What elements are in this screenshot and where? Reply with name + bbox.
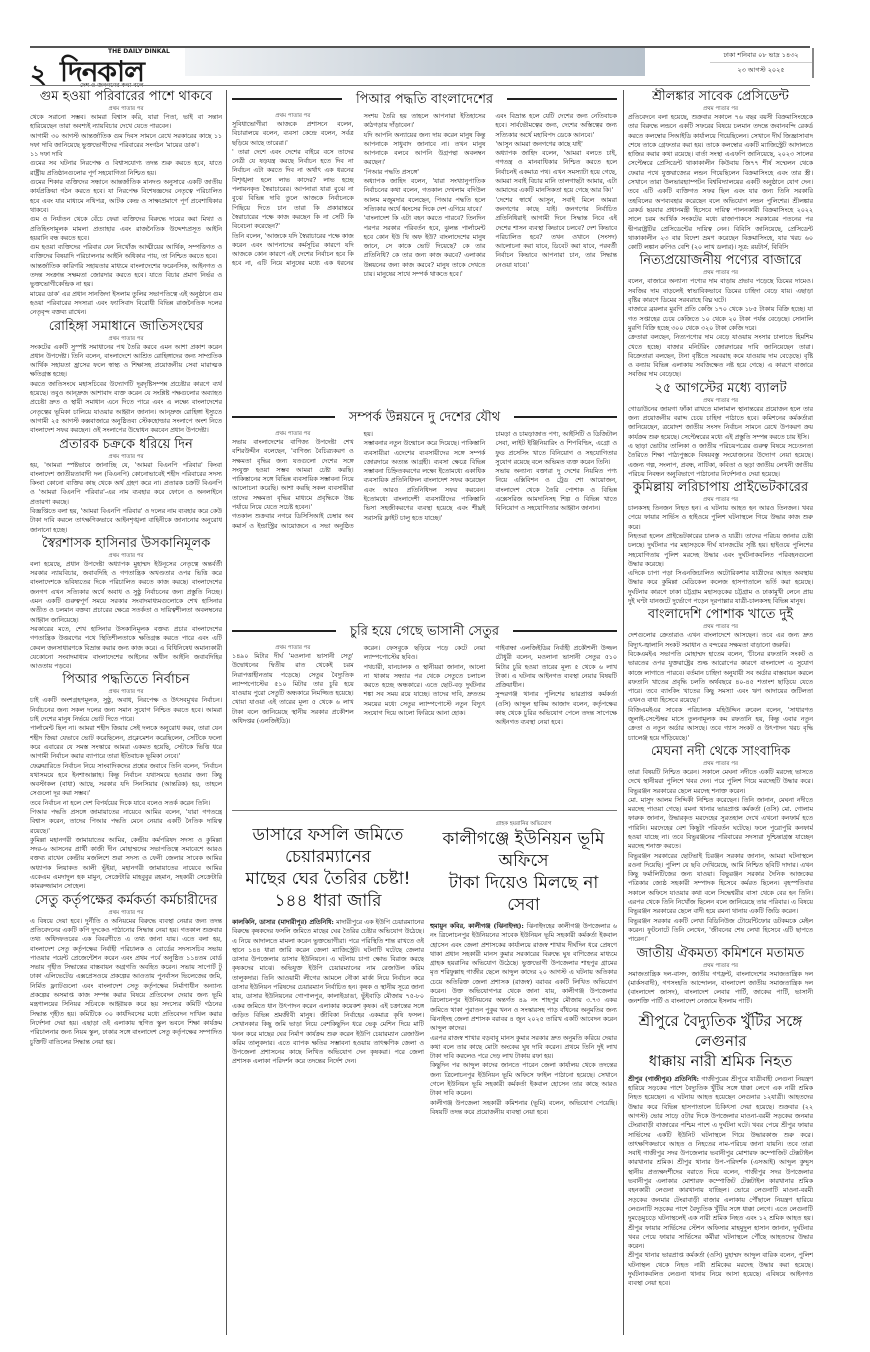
headline: বাংলাদেশি পোশাক খাতে দুই bbox=[628, 606, 813, 623]
article-dasar: ডাসারে ফসলি জমিতে চেয়ারম্যানের মাছের ঘে… bbox=[232, 820, 424, 1340]
continuation-label: প্রথম পাতার পর bbox=[30, 105, 222, 113]
paragraph: চাই একটি অংশগ্রহণমূলক, সুষ্ঠু, অবাধ, নির… bbox=[30, 696, 222, 724]
continuation-label: প্রথম পাতার পর bbox=[30, 335, 222, 343]
masthead: ২ দিনকাল THE DAILY DINKAL দেশ ও জনগণের ক… bbox=[30, 46, 810, 86]
headline: কুমিল্লায় লরিচাপায় প্রাইভেটকারের bbox=[628, 479, 813, 496]
continuation-label: প্রথম পাতার পর bbox=[628, 269, 813, 277]
paragraph: প্রতিবেদনে বলা হয়েছে, শুক্রবার সকালে ৭৬… bbox=[628, 113, 813, 252]
continuation-label: প্রথম পাতার পর bbox=[628, 397, 813, 405]
article-nitto: নিত্যপ্রয়োজনীয় পণ্যের বাজারে প্রথম পাত… bbox=[628, 252, 813, 379]
headline: ২৫ আগস্টের মধ্যে ব্যালট bbox=[628, 380, 813, 397]
dateline: ঢাকা শনিবার ০৮ ভাদ্র ১৪৩২ ২৩ আগস্ট ২০২৫ bbox=[710, 48, 814, 78]
headline: মেঘনা নদী থেকে সাংবাদিক bbox=[628, 743, 813, 760]
paragraph: সুবিধাভোগীরা আজকে প্রশাসনে বলেন, বিচারাল… bbox=[232, 120, 354, 148]
paragraph: থেকে সরানো সম্ভব। আমরা বিশ্বাস করি, যারা… bbox=[30, 113, 222, 132]
paragraph: চালকসহ তিনজন নিহত হন। এ ঘটনায় আহত হন আর… bbox=[628, 504, 813, 532]
byline: শ্রীপুর (গাজীপুর) প্রতিনিধি: bbox=[628, 1076, 699, 1083]
article-pr-mid: প্রথম পাতার পর সুবিধাভোগীরা আজকে প্রশাসন… bbox=[232, 112, 617, 402]
paragraph: আন্তর্জাতিক কারিগরি সহায়তার মাধ্যমে বাং… bbox=[30, 262, 222, 290]
paragraph: মাদারীপুরে এক ইউপি চেয়ারম্যানের বিরুদ্ধ… bbox=[232, 919, 424, 1065]
paragraph: এ ছাড়া ভোটার তালিকা ও জাতীয় পরিচয়পত্র… bbox=[628, 442, 813, 479]
headline-rule bbox=[232, 98, 342, 100]
paragraph: 'আসুন আমরা জনগণের কাছে যাই' bbox=[495, 140, 617, 149]
headline: টাকা দিয়েও মিলছে না সেবা bbox=[430, 872, 617, 916]
paragraph: দেশগুলোর ক্রেতারাও এখন বাংলাদেশে আসছেন। … bbox=[628, 631, 813, 650]
article-kaliganj: গ্রাহক হয়রানির অভিযোগ কালীগঞ্জে ইউনিয়ন… bbox=[430, 820, 617, 1340]
paragraph: 'দেশের স্বার্থে আসুন, সবাই মিলে আমরা জনগ… bbox=[495, 196, 617, 270]
newspaper-logo-english: THE DAILY DINKAL bbox=[108, 48, 170, 55]
headline-band-somporko: সম্পর্ক উন্নয়নে দু দেশের যৌথ bbox=[232, 406, 617, 428]
paragraph: কুমিল্লা মহানগরী জামায়াতের আমির, কেন্দ্… bbox=[30, 836, 222, 892]
headline: স্বৈরশাসক হাসিনার উসকানিমূলক bbox=[30, 535, 222, 552]
paragraph: বলা হয়েছে, প্রধান উপদেষ্টা অধ্যাপক মুহা… bbox=[30, 560, 222, 625]
article-comilla: কুমিল্লায় লরিচাপায় প্রাইভেটকারের প্রথম… bbox=[628, 479, 813, 606]
article-bhasani: প্রথম পাতার পর ১৪৯০ মিটার দীর্ঘ 'মওলানা … bbox=[232, 644, 617, 804]
headline: শ্রীলঙ্কার সাবেক প্রেসিডেন্ট bbox=[628, 88, 813, 105]
paragraph: সভায় অন্যান্য বক্তারা দু দেশের নিয়মিত … bbox=[495, 467, 617, 513]
article-rohingya: রোহিঙ্গা সমাধানে জাতিসংঘের প্রথম পাতার প… bbox=[30, 318, 222, 436]
date-bangla: ঢাকা শনিবার ০৮ ভাদ্র ১৪৩২ bbox=[710, 48, 812, 63]
paragraph: কিছুদিন পর আব্দুল কাদের জানতে পারেন জেলা… bbox=[430, 1061, 617, 1098]
headline-rule bbox=[513, 630, 617, 632]
paragraph: করেন। ফেসবুকে ছড়িয়ে পড়ে কেটে নেয়া ল্… bbox=[364, 644, 486, 663]
paragraph: ঝিনাইদহের কালীগঞ্জ উপজেলার ৬ নং ত্রিলোচন… bbox=[430, 923, 617, 1032]
headline: জাতীয় ঐকমত্য কমিশনে মতামত bbox=[628, 945, 813, 962]
headline-band-bhasani: চুরি হয়ে গেছে ভাসানী সেতুর bbox=[232, 620, 617, 642]
paragraph: গুম হওয়া ব্যক্তিদের পরিবার যেন নিখোঁজ আ… bbox=[30, 243, 222, 262]
article-protarok: প্রতারক চক্রকে ধরিয়ে দিন প্রথম পাতার পর… bbox=[30, 436, 222, 535]
paragraph: বিজিএমইএর সাবেক পরিচালক মহিউদ্দিন রুবেল … bbox=[628, 706, 813, 743]
paragraph: সুন্দরগঞ্জ থানার পুলিশের ভারপ্রাপ্ত কর্ম… bbox=[495, 690, 617, 727]
paragraph: সম্ভাবনার নতুন উন্মোচন করে দিয়েছে। পাকি… bbox=[364, 439, 486, 523]
headline: প্রতারক চক্রকে ধরিয়ে দিন bbox=[30, 436, 222, 453]
paragraph: মো. মাসুদ আলম সিদ্দিকী নিশ্চিত করেছেন। ত… bbox=[628, 796, 813, 852]
paragraph: তবে নির্বাচন না হলে দেশ বিপর্যয়ের দিকে … bbox=[30, 799, 222, 808]
continuation-label: প্রথম পাতার পর bbox=[628, 105, 813, 113]
headline: শ্রীপুরে বৈদ্যুতিক খুঁটির সঙ্গে লেগুনার bbox=[628, 1011, 813, 1051]
paragraph: ১১ দফা দাবি bbox=[30, 150, 222, 159]
paragraph: অধ্যাপক জাহিদ বলেন, 'যারা সংখ্যানুপাতিক … bbox=[364, 177, 486, 214]
headline-band-pr: পিআর পদ্ধতি বাংলাদেশের bbox=[232, 88, 617, 110]
continuation-label: প্রথম পাতার পর bbox=[232, 644, 354, 652]
paragraph: বিভুরঞ্জন সরকারের ছোটভাই চিরঞ্জন সরকার জ… bbox=[628, 852, 813, 917]
column-divider bbox=[623, 90, 624, 1335]
headline: চুরি হয়ে গেছে ভাসানী সেতুর bbox=[350, 623, 499, 640]
paragraph: নিহতরা হলেন প্রাইভেটকারের চালক ও যাত্রী।… bbox=[628, 532, 813, 569]
headline: গুম হওয়া পরিবারের পাশে থাকবে bbox=[30, 88, 222, 105]
paragraph: পথচারী, যানচালক ও স্থানীয়রা জানান, আলো … bbox=[364, 663, 486, 719]
paragraph: বাজারে ব্রয়লার মুরগি প্রতি কেজি ১৭০ থেক… bbox=[628, 305, 813, 333]
headline: ১৪৪ ধারা জারি bbox=[232, 890, 424, 912]
headline: সেতু কর্তৃপক্ষের কর্মকর্তা কর্মচারীদের bbox=[30, 892, 222, 909]
masthead-banner bbox=[185, 48, 645, 76]
paragraph: এদিকে চাপা পড়া সিএনজিচালিত অটোরিকশার যা… bbox=[628, 569, 813, 606]
paragraph: এ বিষয়ে দেয়া হবে। দুর্নীতি ও অনিয়মের … bbox=[30, 917, 222, 1047]
article-srilanka: শ্রীলঙ্কার সাবেক প্রেসিডেন্ট প্রথম পাতার… bbox=[628, 88, 813, 252]
continuation-label: প্রথম পাতার পর bbox=[30, 453, 222, 461]
continuation-label: প্রথম পাতার পর bbox=[30, 688, 222, 696]
paragraph: শ্রীপুর থানার ভারপ্রাপ্ত কর্মকর্তা (ওসি)… bbox=[628, 1251, 813, 1288]
paragraph: অধ্যাপক জাহিদ বলেন, 'আমরা বলতে চাই, গণতন… bbox=[495, 149, 617, 195]
paragraph: সমাজতান্ত্রিক দল-বাসদ, জাতীয় গণফ্রন্ট, … bbox=[628, 970, 813, 1007]
paragraph: গুমের শিকার ব্যক্তিদের সন্ধানে আন্তর্জাত… bbox=[30, 178, 222, 215]
headline-rule bbox=[232, 416, 335, 418]
left-column: গুম হওয়া পরিবারের পাশে থাকবে প্রথম পাতা… bbox=[30, 88, 222, 1338]
paragraph: যদি আপনি অন্যায়ের জন্য দায় করেন মানুষ … bbox=[364, 131, 486, 168]
paragraph: সভায় বাংলাদেশের বাণিজ্য উপদেষ্টা শেখ বশ… bbox=[232, 438, 354, 512]
paragraph: করতে জাতিসংঘে মহাসচিবের উদ্যোগটি দূরদৃষ্… bbox=[30, 380, 222, 436]
right-column: শ্রীলঙ্কার সাবেক প্রেসিডেন্ট প্রথম পাতার… bbox=[628, 88, 813, 1338]
article-ballot: ২৫ আগস্টের মধ্যে ব্যালট প্রথম পাতার পর গ… bbox=[628, 380, 813, 479]
paragraph: গাজীপুরের শ্রীপুরে যাত্রীবাহী লেগুনা নিয… bbox=[628, 1076, 813, 1250]
section-divider bbox=[232, 810, 617, 811]
paragraph: ক্রেতারা বলছেন, নিত্যপণ্যের দাম বেড়ে যা… bbox=[628, 333, 813, 379]
paragraph: 'বাংলাদেশ কি এটা বহন করতে পারবে? তিনদিন … bbox=[364, 214, 486, 279]
paragraph: বিভুরঞ্জন সরকার একটি লেখা বিডিনিউজ টোয়ে… bbox=[628, 917, 813, 945]
article-pr-left: পিআর পদ্ধতিতে নির্বাচন প্রথম পাতার পর চা… bbox=[30, 671, 222, 891]
continuation-label: প্রথম পাতার পর bbox=[628, 496, 813, 504]
date-english: ২৩ আগস্ট ২০২৫ bbox=[710, 63, 812, 77]
paragraph: তারা বিষয়টি নিশ্চিত করেন। সকালে মেঘনা ন… bbox=[628, 768, 813, 796]
paragraph: সরকারের মতে, শেখ হাসিনার উসকানিমূলক বক্ত… bbox=[30, 625, 222, 671]
paragraph: পিআর পদ্ধতি প্রসঙ্গে জামায়াতের নায়েবে … bbox=[30, 808, 222, 836]
headline-rule bbox=[507, 98, 617, 100]
paragraph: মায়ের ডাক' এর প্রধান সানজিদা ইসলাম তুলি… bbox=[30, 290, 222, 318]
paragraph: চামড়া ও চামড়াজাত পণ্য, আইসিটি ও ডিজিটা… bbox=[495, 430, 617, 467]
article-sreepur: শ্রীপুরে বৈদ্যুতিক খুঁটির সঙ্গে লেগুনার … bbox=[628, 1011, 813, 1289]
kicker: গ্রাহক হয়রানির অভিযোগ bbox=[430, 820, 617, 828]
article-meghna: মেঘনা নদী থেকে সাংবাদিক প্রথম পাতার পর ত… bbox=[628, 743, 813, 945]
paragraph: এবং বিভ্রান্ত হলে যেটি দেশের জন্য নেতিবা… bbox=[495, 112, 617, 140]
byline: কালকিনি, ডাসার (মাদারীপুর) প্রতিনিধি: bbox=[232, 919, 334, 926]
paragraph: বিজ্ঞপ্তিতে বলা হয়, 'আমরা বিএনপি পরিবার… bbox=[30, 507, 222, 535]
article-oikomotto: জাতীয় ঐকমত্য কমিশনে মতামত প্রথম পাতার প… bbox=[628, 945, 813, 1007]
continuation-label: প্রথম পাতার পর bbox=[30, 909, 222, 917]
paragraph: ১৪৯০ মিটার দীর্ঘ 'মওলানা ভাসানী সেতু' উদ… bbox=[232, 652, 354, 726]
continuation-label: প্রথম পাতার পর bbox=[30, 552, 222, 560]
paragraph: ' তারা দেশে এবং দেশের বাইরে বসে তাদের নে… bbox=[232, 148, 354, 232]
continuation-label: প্রথম পাতার পর bbox=[628, 623, 813, 631]
headline: ধাক্কায় নারী শ্রমিক নিহত bbox=[628, 1051, 813, 1071]
article-hasina: স্বৈরশাসক হাসিনার উসকানিমূলক প্রথম পাতার… bbox=[30, 535, 222, 672]
paragraph: ফেব্রুয়ারিতে নির্বাচন নিয়ে সাংবাদিকদের… bbox=[30, 762, 222, 799]
headline: নিত্যপ্রয়োজনীয় পণ্যের বাজারে bbox=[628, 252, 813, 269]
headline: ডাসারে ফসলি জমিতে চেয়ারম্যানের bbox=[232, 824, 424, 868]
article-somporko: প্রথম পাতার পর সভায় বাংলাদেশের বাণিজ্য … bbox=[232, 430, 617, 590]
headline-rule bbox=[514, 416, 617, 418]
headline: মাছের ঘের তৈরির চেষ্টা! bbox=[232, 868, 424, 890]
headline: পিআর পদ্ধতি বাংলাদেশের bbox=[356, 91, 493, 108]
paragraph: গুমের সব ঘটনার নিরপেক্ষ ও বিশ্বাসযোগ্য ত… bbox=[30, 159, 222, 178]
paragraph: 'পিআর পদ্ধতি প্রসঙ্গে' bbox=[364, 168, 486, 177]
paragraph: আগামী ৩০ আগস্ট আন্তর্জাতিক গুম দিবস সামন… bbox=[30, 132, 222, 151]
paragraph: কালীগঞ্জ উপজেলা সহকারী কমিশনার (ভূমি) বল… bbox=[430, 1099, 617, 1118]
article-poshak: বাংলাদেশি পোশাক খাতে দুই প্রথম পাতার পর … bbox=[628, 606, 813, 743]
article-gum: গুম হওয়া পরিবারের পাশে থাকবে প্রথম পাতা… bbox=[30, 88, 222, 318]
paragraph: বলেন, বাজারে অন্যান্য পণ্যের দাম বাড়ায়… bbox=[628, 277, 813, 305]
continuation-label: প্রথম পাতার পর bbox=[628, 962, 813, 970]
paragraph: পার্লামেন্ট ছিল না। আমরা শহীদ জিয়ার সেই… bbox=[30, 724, 222, 761]
headline-rule bbox=[232, 630, 336, 632]
paragraph: গোডাউনের জায়গা ফাঁকা রাখতে মালামাল স্থা… bbox=[628, 405, 813, 442]
continuation-label: প্রথম পাতার পর bbox=[232, 430, 354, 438]
masthead-rule bbox=[30, 85, 810, 86]
paragraph: গাইবান্ধা এলজিইডির নির্বাহী প্রকৌশলী উজ্… bbox=[495, 644, 617, 690]
paragraph: এরপর রাজস্ব শাখার বড়বাবু মানস কুমার সরক… bbox=[430, 1034, 617, 1062]
headline: কালীগঞ্জে ইউনিয়ন ভূমি অফিসে bbox=[430, 828, 617, 872]
continuation-label: প্রথম পাতার পর bbox=[232, 112, 354, 120]
continuation-label: প্রথম পাতার পর bbox=[628, 760, 813, 768]
headline: রোহিঙ্গা সমাধানে জাতিসংঘের bbox=[30, 318, 222, 335]
paragraph: হয়, 'আমরা স্পষ্টভাবে জানাচ্ছি যে, 'আমরা… bbox=[30, 461, 222, 507]
article-setu: সেতু কর্তৃপক্ষের কর্মকর্তা কর্মচারীদের প… bbox=[30, 892, 222, 1047]
byline: হুমায়ুন কবির, কালীগঞ্জ (ঝিনাইদহ): bbox=[430, 923, 524, 930]
paragraph: গুম ও নির্যাতন থেকে বেঁচে ফেরা ব্যক্তিদে… bbox=[30, 215, 222, 243]
headline: পিআর পদ্ধতিতে নির্বাচন bbox=[30, 671, 222, 688]
paragraph: বিকেএমইএ সভাপতি মোহাম্মদ হাতেম বলেন, 'চী… bbox=[628, 650, 813, 706]
headline: সম্পর্ক উন্নয়নে দু দেশের যৌথ bbox=[349, 409, 500, 426]
column-divider bbox=[226, 90, 227, 1335]
paragraph: সংকটের একটি সুস্পষ্ট সমাধানের পথ তৈরি কর… bbox=[30, 343, 222, 380]
